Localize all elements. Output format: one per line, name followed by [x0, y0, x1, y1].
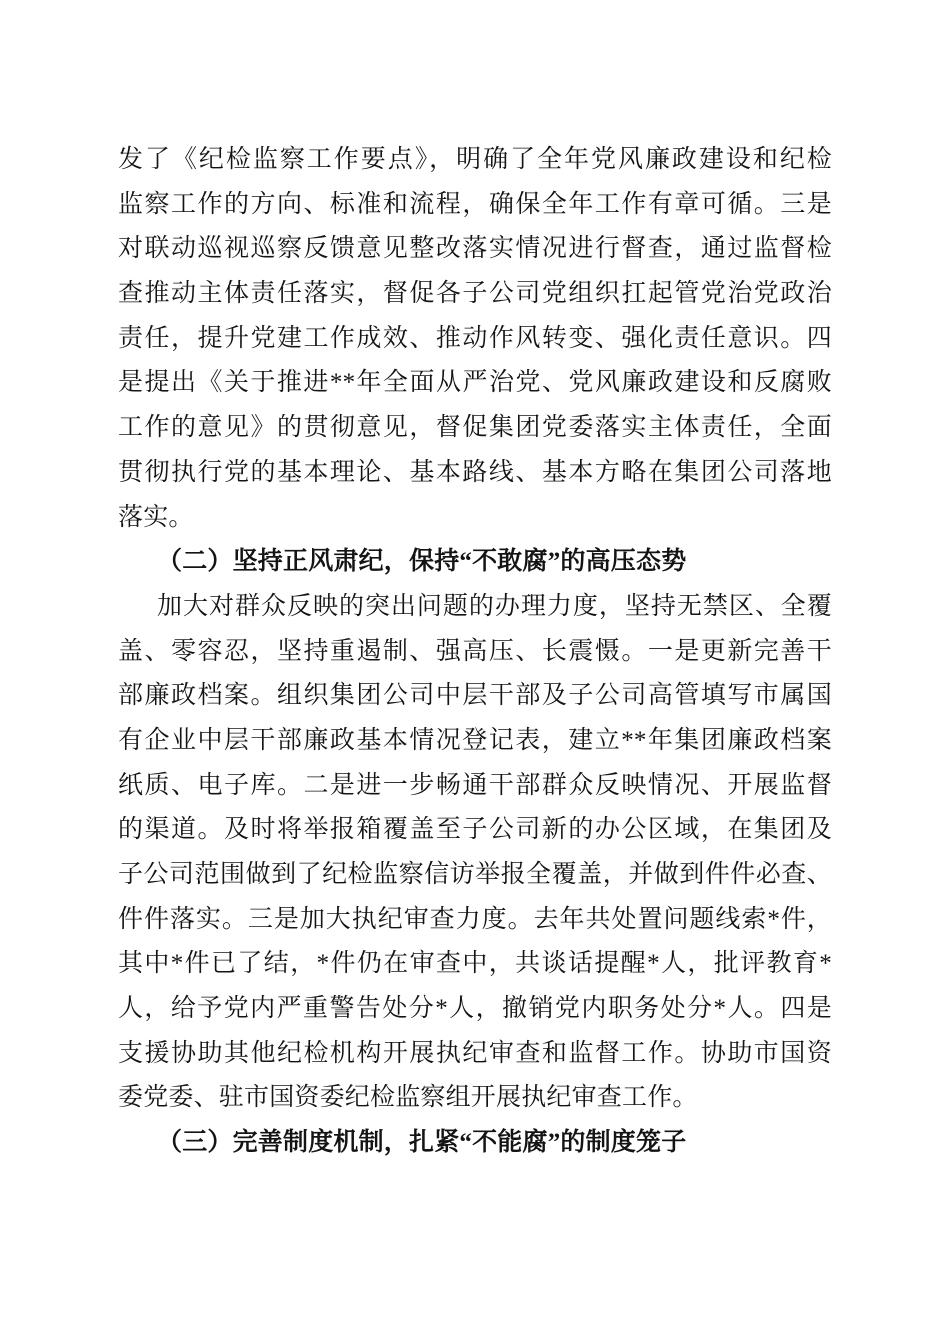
body-text-line: 纸质、电子库。二是进一步畅通干部群众反映情况、开展监督: [118, 764, 832, 809]
body-text-line: 监察工作的方向、标准和流程，确保全年工作有章可循。三是: [118, 183, 832, 228]
body-text-line: 贯彻执行党的基本理论、基本路线、基本方略在集团公司落地: [118, 451, 832, 496]
body-text-line: 部廉政档案。组织集团公司中层干部及子公司高管填写市属国: [118, 674, 832, 719]
body-text-line: 工作的意见》的贯彻意见，督促集团党委落实主体责任，全面: [118, 406, 832, 451]
body-text-line: 对联动巡视巡察反馈意见整改落实情况进行督查，通过监督检: [118, 227, 832, 272]
body-text-line: 有企业中层干部廉政基本情况登记表，建立**年集团廉政档案: [118, 719, 832, 764]
body-text-line: 落实。: [118, 496, 832, 541]
section-heading: （二）坚持正风肃纪，保持“不敢腐”的高压态势: [118, 540, 832, 585]
body-text-line: 人，给予党内严重警告处分*人，撤销党内职务处分*人。四是: [118, 987, 832, 1032]
body-text-line: 查推动主体责任落实，督促各子公司党组织扛起管党治党政治: [118, 272, 832, 317]
section-heading: （三）完善制度机制，扎紧“不能腐”的制度笼子: [118, 1121, 832, 1166]
body-text-line: 加大对群众反映的突出问题的办理力度，坚持无禁区、全覆: [118, 585, 832, 630]
body-text-line: 责任，提升党建工作成效、推动作风转变、强化责任意识。四: [118, 317, 832, 362]
body-text-line: 件件落实。三是加大执纪审查力度。去年共处置问题线索*件，: [118, 898, 832, 943]
body-text-line: 发了《纪检监察工作要点》，明确了全年党风廉政建设和纪检: [118, 138, 832, 183]
body-text-line: 的渠道。及时将举报箱覆盖至子公司新的办公区域，在集团及: [118, 808, 832, 853]
body-text-line: 子公司范围做到了纪检监察信访举报全覆盖，并做到件件必查、: [118, 853, 832, 898]
body-text-line: 委党委、驻市国资委纪检监察组开展执纪审查工作。: [118, 1076, 832, 1121]
body-text-line: 盖、零容忍，坚持重遏制、强高压、长震慑。一是更新完善干: [118, 630, 832, 675]
document-page: 发了《纪检监察工作要点》，明确了全年党风廉政建设和纪检监察工作的方向、标准和流程…: [0, 0, 950, 1344]
document-body: 发了《纪检监察工作要点》，明确了全年党风廉政建设和纪检监察工作的方向、标准和流程…: [118, 138, 832, 1166]
body-text-line: 是提出《关于推进**年全面从严治党、党风廉政建设和反腐败: [118, 361, 832, 406]
body-text-line: 其中*件已了结，*件仍在审查中，共谈话提醒*人，批评教育*: [118, 942, 832, 987]
body-text-line: 支援协助其他纪检机构开展执纪审查和监督工作。协助市国资: [118, 1032, 832, 1077]
